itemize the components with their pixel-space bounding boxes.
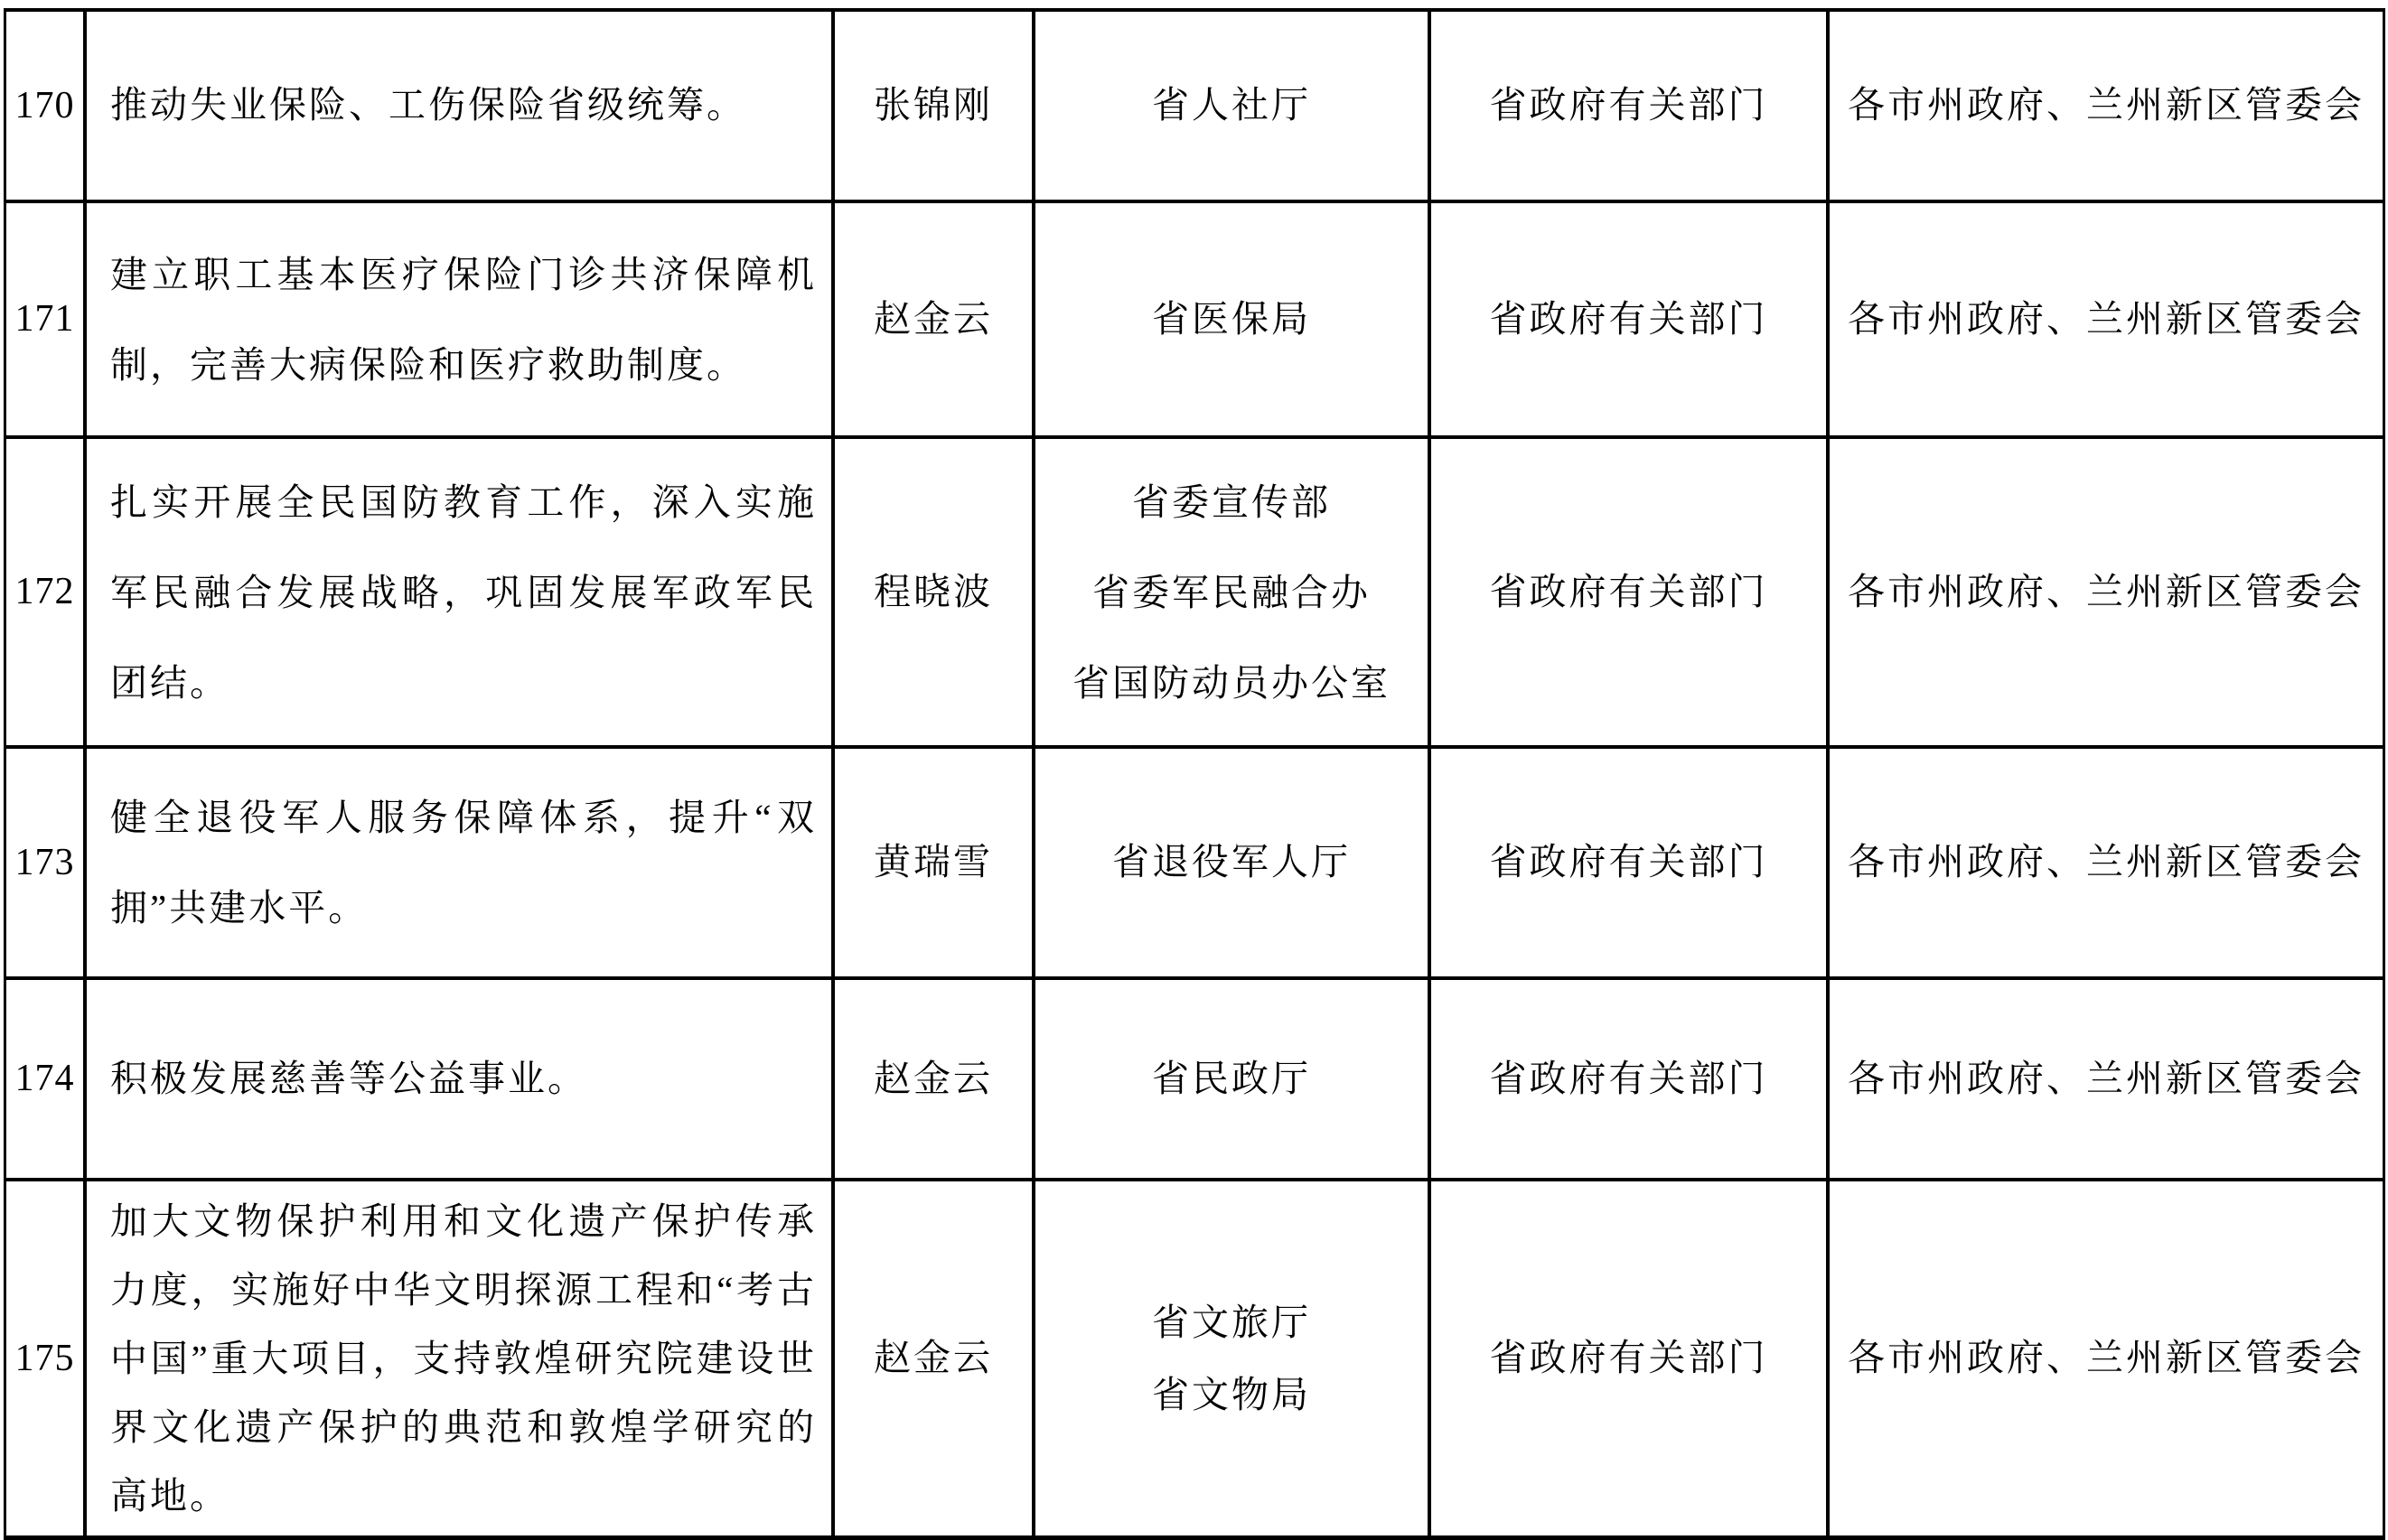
responsible-person: 黄瑞雪: [831, 749, 1032, 976]
implementing-units: 各市州政府、兰州新区管委会: [1826, 203, 2383, 435]
task-text: 积极发展慈善等公益事业。: [110, 1056, 817, 1102]
table-row: 175 加大文物保护利用和文化遗产保护传承力度，实施好中华文明探源工程和“考古中…: [6, 1178, 2383, 1535]
lead-department-cell: 省文旅厅 省文物局: [1032, 1181, 1428, 1535]
lead-department: 省国防动员办公室: [1035, 638, 1428, 728]
implementing-units: 各市州政府、兰州新区管委会: [1826, 749, 2383, 976]
coordinating-units: 省政府有关部门: [1428, 203, 1826, 435]
table-row: 173 健全退役军人服务保障体系，提升“双拥”共建水平。 黄瑞雪 省退役军人厅 …: [6, 745, 2383, 976]
implementing-units: 各市州政府、兰州新区管委会: [1826, 12, 2383, 200]
coordinating-units: 省政府有关部门: [1428, 1181, 1826, 1535]
task-cell: 推动失业保险、工伤保险省级统筹。: [83, 12, 831, 200]
responsible-person: 赵金云: [831, 203, 1032, 435]
coordinating-units: 省政府有关部门: [1428, 439, 1826, 745]
task-text: 推动失业保险、工伤保险省级统筹。: [110, 82, 817, 128]
lead-department-cell: 省人社厅: [1032, 12, 1428, 200]
table-row: 174 积极发展慈善等公益事业。 赵金云 省民政厅 省政府有关部门 各市州政府、…: [6, 976, 2383, 1178]
lead-department-cell: 省民政厅: [1032, 980, 1428, 1178]
coordinating-units: 省政府有关部门: [1428, 749, 1826, 976]
coordinating-units: 省政府有关部门: [1428, 980, 1826, 1178]
responsible-person: 程晓波: [831, 439, 1032, 745]
lead-department-cell: 省委宣传部 省委军民融合办 省国防动员办公室: [1032, 439, 1428, 745]
coordinating-units: 省政府有关部门: [1428, 12, 1826, 200]
task-text: 建立职工基本医疗保险门诊共济保障机制，完善大病保险和医疗救助制度。: [110, 229, 817, 410]
lead-department: 省医保局: [1035, 296, 1428, 342]
task-text: 加大文物保护利用和文化遗产保护传承力度，实施好中华文明探源工程和“考古中国”重大…: [110, 1187, 817, 1530]
row-number: 172: [6, 439, 83, 745]
task-cell: 积极发展慈善等公益事业。: [83, 980, 831, 1178]
task-text: 健全退役军人服务保障体系，提升“双拥”共建水平。: [110, 772, 817, 953]
lead-department-cell: 省医保局: [1032, 203, 1428, 435]
lead-department: 省人社厅: [1035, 82, 1428, 128]
table-row: 170 推动失业保险、工伤保险省级统筹。 张锦刚 省人社厅 省政府有关部门 各市…: [6, 12, 2383, 200]
row-number: 173: [6, 749, 83, 976]
responsible-person: 张锦刚: [831, 12, 1032, 200]
lead-department: 省委军民融合办: [1035, 547, 1428, 638]
responsible-person: 赵金云: [831, 1181, 1032, 1535]
task-assignment-table: 170 推动失业保险、工伤保险省级统筹。 张锦刚 省人社厅 省政府有关部门 各市…: [4, 8, 2385, 1540]
implementing-units: 各市州政府、兰州新区管委会: [1826, 1181, 2383, 1535]
row-number: 171: [6, 203, 83, 435]
lead-department: 省委宣传部: [1035, 457, 1428, 547]
task-cell: 加大文物保护利用和文化遗产保护传承力度，实施好中华文明探源工程和“考古中国”重大…: [83, 1181, 831, 1535]
row-number: 175: [6, 1181, 83, 1535]
row-number: 174: [6, 980, 83, 1178]
lead-department: 省文物局: [1035, 1358, 1428, 1431]
row-number: 170: [6, 12, 83, 200]
lead-department: 省民政厅: [1035, 1056, 1428, 1102]
task-cell: 建立职工基本医疗保险门诊共济保障机制，完善大病保险和医疗救助制度。: [83, 203, 831, 435]
lead-department: 省文旅厅: [1035, 1286, 1428, 1358]
implementing-units: 各市州政府、兰州新区管委会: [1826, 980, 2383, 1178]
implementing-units: 各市州政府、兰州新区管委会: [1826, 439, 2383, 745]
table-row: 172 扎实开展全民国防教育工作，深入实施军民融合发展战略，巩固发展军政军民团结…: [6, 435, 2383, 745]
task-cell: 健全退役军人服务保障体系，提升“双拥”共建水平。: [83, 749, 831, 976]
lead-department-cell: 省退役军人厅: [1032, 749, 1428, 976]
responsible-person: 赵金云: [831, 980, 1032, 1178]
table-row: 171 建立职工基本医疗保险门诊共济保障机制，完善大病保险和医疗救助制度。 赵金…: [6, 200, 2383, 435]
lead-department: 省退役军人厅: [1035, 839, 1428, 885]
task-cell: 扎实开展全民国防教育工作，深入实施军民融合发展战略，巩固发展军政军民团结。: [83, 439, 831, 745]
task-text: 扎实开展全民国防教育工作，深入实施军民融合发展战略，巩固发展军政军民团结。: [110, 457, 817, 728]
